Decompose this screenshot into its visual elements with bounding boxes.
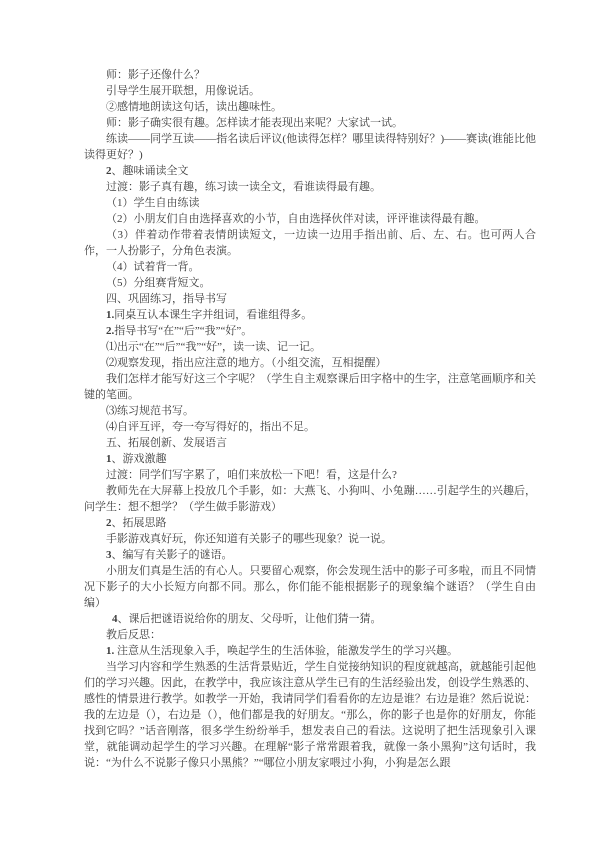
paragraph-number: 2 bbox=[106, 165, 112, 177]
paragraph: 当学习内容和学生熟悉的生活背景贴近，学生自觉接纳知识的程度就越高，就越能引起他们… bbox=[84, 659, 536, 771]
paragraph: 练读——同学互读——指名读后评议(他读得怎样？哪里读得特别好？)——赛读(谁能比… bbox=[84, 131, 536, 163]
paragraph: 教后反思： bbox=[84, 627, 536, 643]
paragraph: 教师先在大屏幕上投放几个手影，如：大燕飞、小狗叫、小兔蹦……引起学生的兴趣后，问… bbox=[84, 483, 536, 515]
paragraph-number: 2 bbox=[106, 517, 112, 529]
paragraph: （2）小朋友们自由选择喜欢的小节，自由选择伙伴对读，评评谁读得最有趣。 bbox=[84, 211, 536, 227]
paragraph-number: 2. bbox=[106, 325, 114, 337]
paragraph: 1. 注意从生活现象入手，唤起学生的生活体验，能激发学生的学习兴趣。 bbox=[84, 643, 536, 659]
paragraph: 师：影子还像什么？ bbox=[84, 67, 536, 83]
paragraph: ②感情地朗读这句话，读出趣味性。 bbox=[84, 99, 536, 115]
paragraph: 2、拓展思路 bbox=[84, 515, 536, 531]
paragraph: 小朋友们真是生活的有心人。只要留心观察，你会发现生活中的影子可多啦，而且不同情况… bbox=[84, 563, 536, 611]
paragraph: 1、游戏激趣 bbox=[84, 451, 536, 467]
paragraph-number: 4 bbox=[112, 613, 118, 625]
paragraph: 过渡：影子真有趣，练习读一读全文，看谁读得最有趣。 bbox=[84, 179, 536, 195]
document-body: 师：影子还像什么？引导学生展开联想，用像说话。②感情地朗读这句话，读出趣味性。师… bbox=[84, 67, 536, 771]
paragraph: 过渡：同学们写字累了，咱们来放松一下吧！看，这是什么? bbox=[84, 467, 536, 483]
paragraph: 引导学生展开联想，用像说话。 bbox=[84, 83, 536, 99]
paragraph: （4）试着背一背。 bbox=[84, 259, 536, 275]
paragraph-number: 1. bbox=[106, 309, 114, 321]
paragraph: 四、巩固练习，指导书写 bbox=[84, 291, 536, 307]
paragraph: 2、趣味诵读全文 bbox=[84, 163, 536, 179]
paragraph: ⑵观察发现，指出应注意的地方。（小组交流，互相提醒） bbox=[84, 355, 536, 371]
paragraph: ⑴出示“在”“后”“我”“好”，读一读、记一记。 bbox=[84, 339, 536, 355]
paragraph: ⑶练习规范书写。 bbox=[84, 403, 536, 419]
paragraph: 我们怎样才能写好这三个字呢？（学生自主观察课后田字格中的生字，注意笔画顺序和关键… bbox=[84, 371, 536, 403]
paragraph: 2.指导书写“在”“后”“我”“好”。 bbox=[84, 323, 536, 339]
paragraph: （5）分组赛背短文。 bbox=[84, 275, 536, 291]
document-page: 师：影子还像什么？引导学生展开联想，用像说话。②感情地朗读这句话，读出趣味性。师… bbox=[0, 0, 595, 842]
paragraph: 五、拓展创新、发展语言 bbox=[84, 435, 536, 451]
paragraph-number: 1. bbox=[106, 645, 114, 657]
paragraph: 手影游戏真好玩，你还知道有关影子的哪些现象？说一说。 bbox=[84, 531, 536, 547]
paragraph: 师：影子确实很有趣。怎样读才能表现出来呢？大家试一试。 bbox=[84, 115, 536, 131]
paragraph: 3、编写有关影子的谜语。 bbox=[84, 547, 536, 563]
paragraph: （1）学生自由练读 bbox=[84, 195, 536, 211]
paragraph: ⑷自评互评，夸一夸写得好的，指出不足。 bbox=[84, 419, 536, 435]
paragraph: 4、课后把谜语说给你的朋友、父母听，让他们猜一猜。 bbox=[84, 611, 536, 627]
paragraph-number: 1 bbox=[106, 453, 112, 465]
paragraph: （3）伴着动作带着表情朗读短文，一边读一边用手指出前、后、左、右。也可两人合作，… bbox=[84, 227, 536, 259]
paragraph: 1.同桌互认本课生字并组词，看谁组得多。 bbox=[84, 307, 536, 323]
paragraph-number: 3 bbox=[106, 549, 112, 561]
